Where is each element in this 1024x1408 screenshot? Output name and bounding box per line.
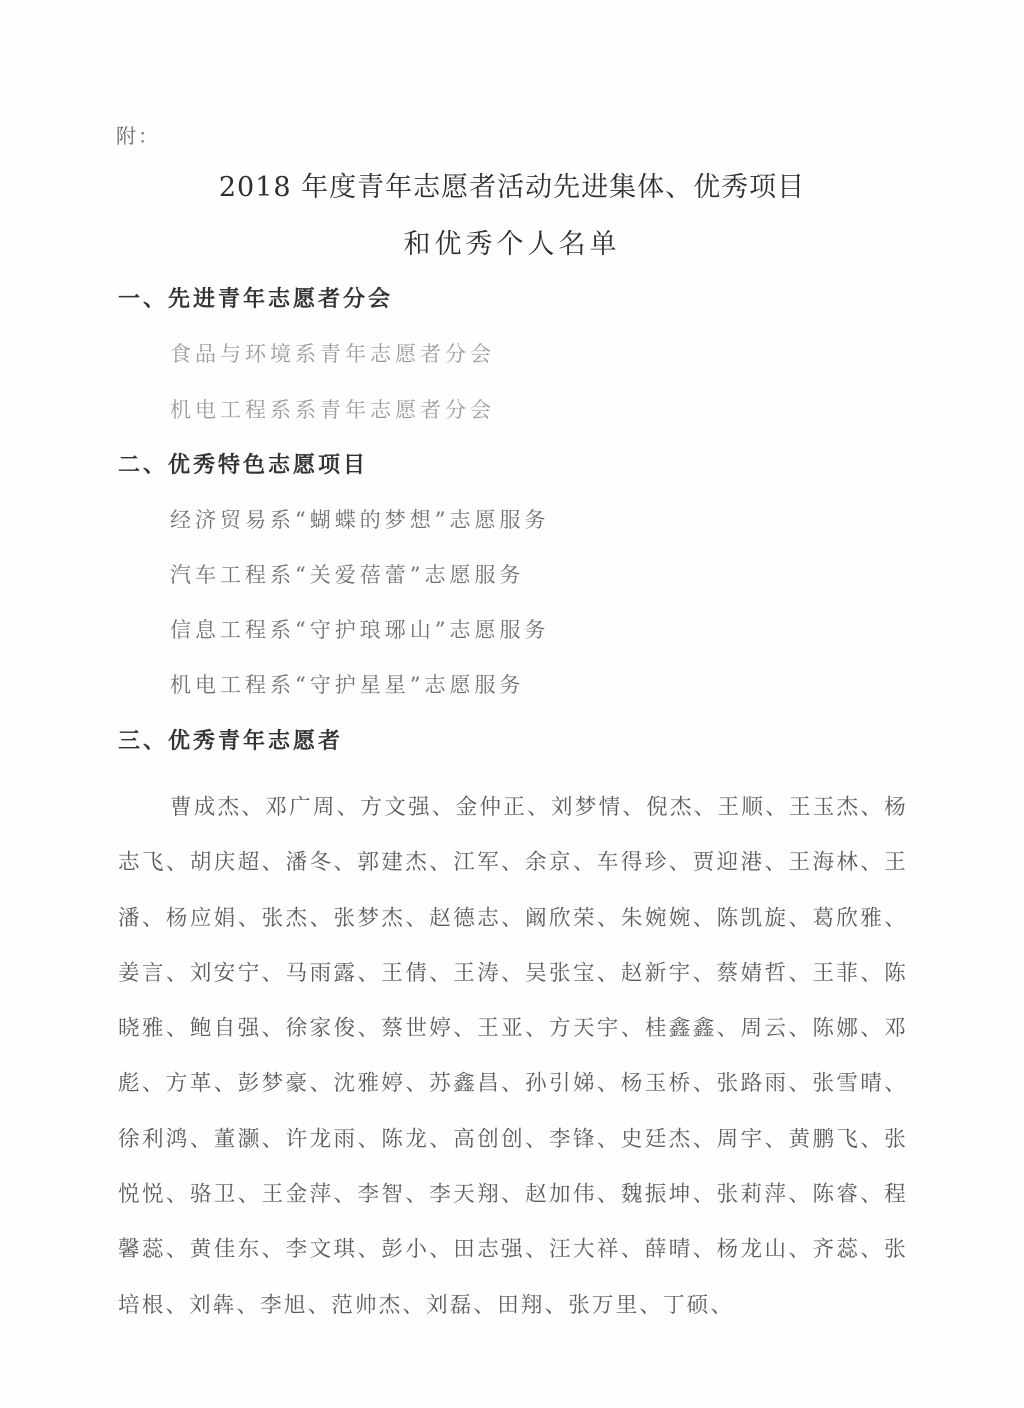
section-heading-featured-projects: 二、优秀特色志愿项目 — [118, 448, 368, 479]
list-item: 经济贸易系“蝴蝶的梦想”志愿服务 — [170, 504, 549, 534]
list-item: 汽车工程系“关爱蓓蕾”志愿服务 — [170, 559, 524, 589]
section-heading-outstanding-volunteers: 三、优秀青年志愿者 — [118, 724, 343, 755]
list-item: 食品与环境系青年志愿者分会 — [170, 338, 495, 368]
attachment-label: 附： — [116, 120, 160, 149]
list-item: 机电工程系“守护星星”志愿服务 — [170, 669, 524, 699]
list-item: 信息工程系“守护琅琊山”志愿服务 — [170, 614, 549, 644]
list-item: 机电工程系系青年志愿者分会 — [170, 394, 495, 424]
document-title-line-2: 和优秀个人名单 — [0, 222, 1024, 261]
document-title-line-1: 2018 年度青年志愿者活动先进集体、优秀项目 — [0, 165, 1024, 204]
section-heading-advanced-branches: 一、先进青年志愿者分会 — [118, 282, 393, 313]
document-page: 附： 2018 年度青年志愿者活动先进集体、优秀项目 和优秀个人名单 一、先进青… — [0, 0, 1024, 1408]
volunteer-names-paragraph: 曹成杰、邓广周、方文强、金仲正、刘梦情、倪杰、王顺、王玉杰、杨志飞、胡庆超、潘冬… — [118, 780, 908, 1333]
